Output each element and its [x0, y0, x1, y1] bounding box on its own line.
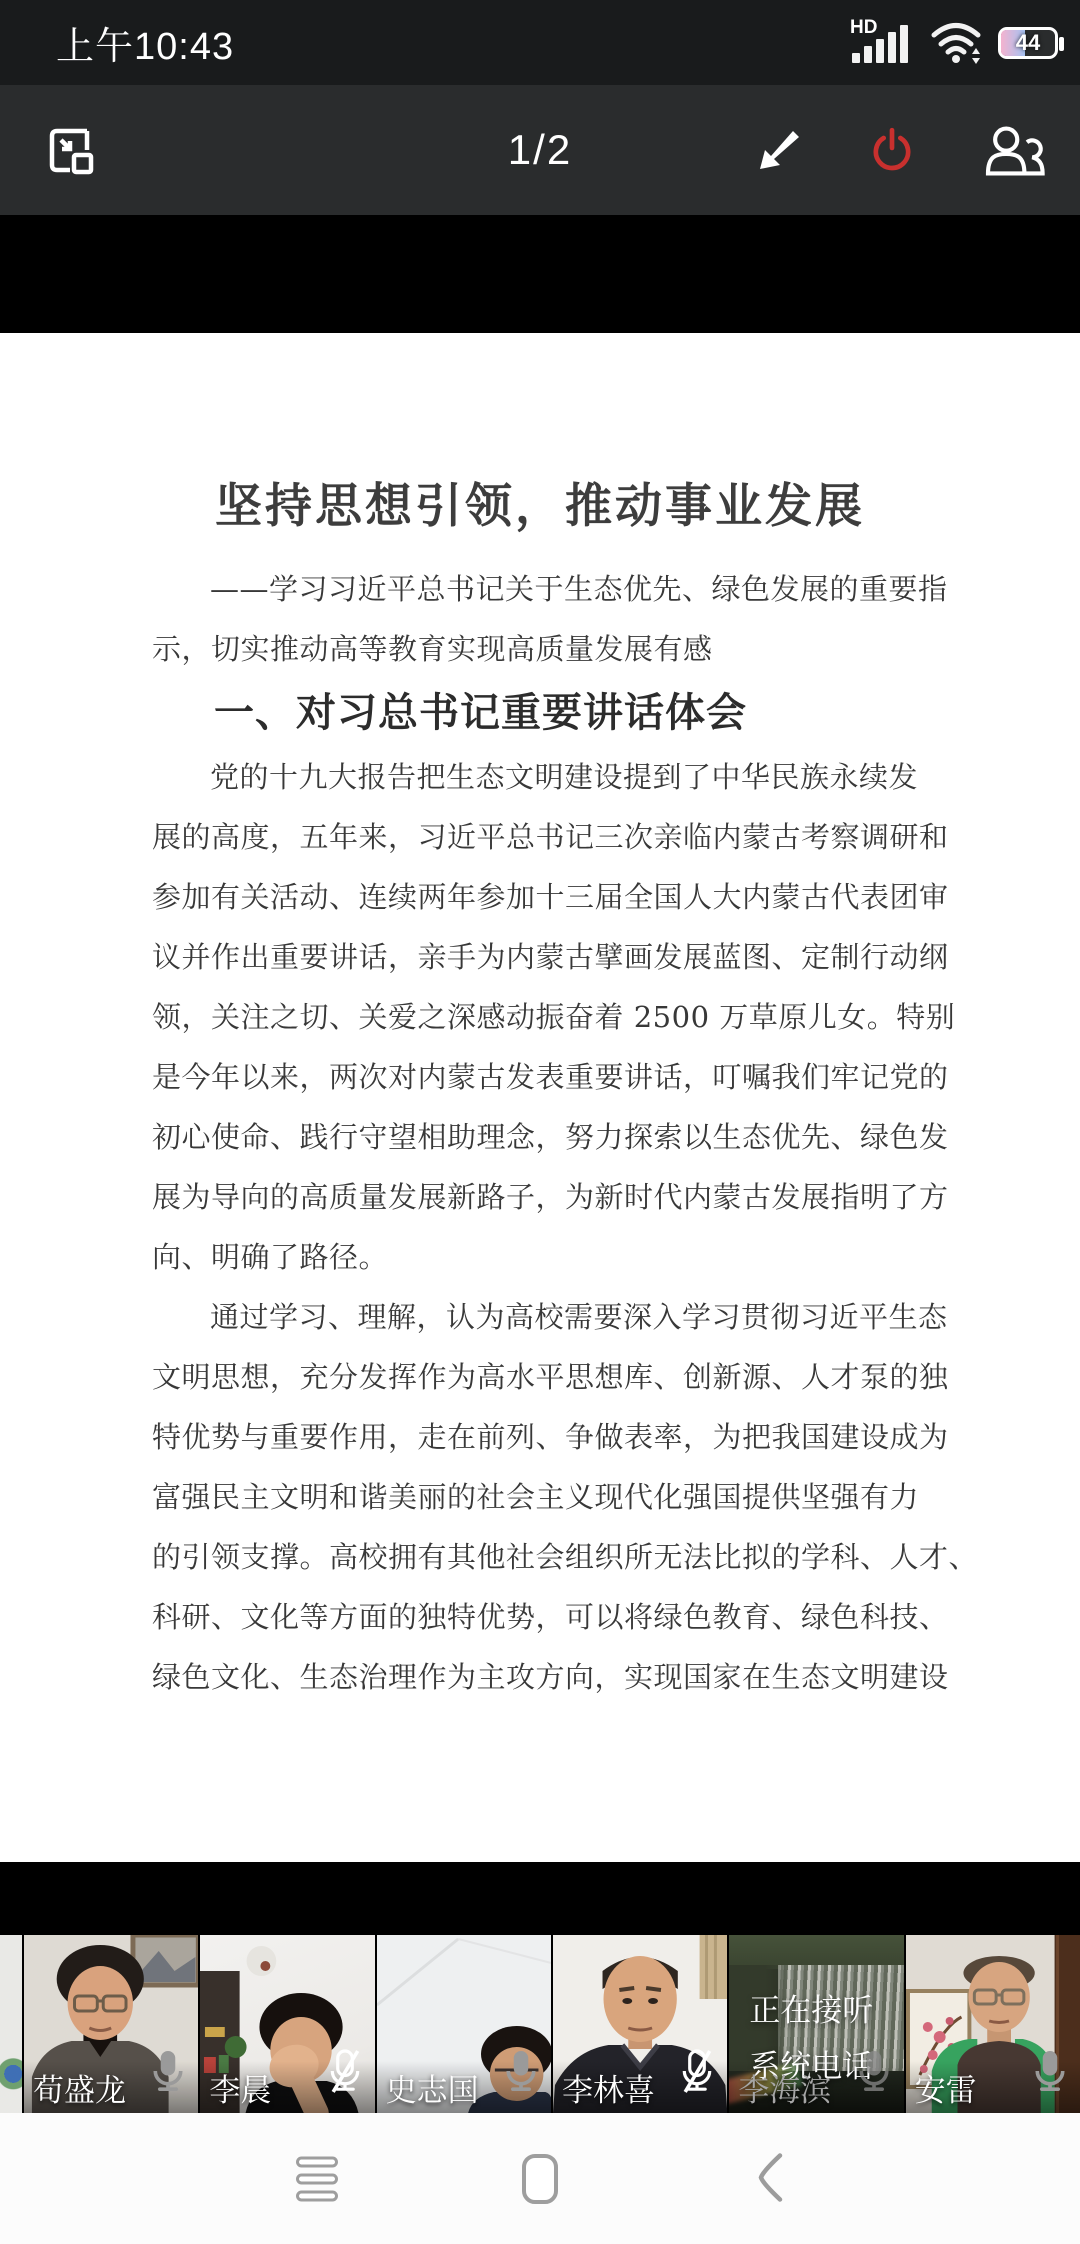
letterbox-bottom [0, 1862, 1080, 1935]
participant-name: 李晨 [209, 2065, 271, 2110]
document-line: 展为导向的高质量发展新路子，为新时代内蒙古发展指明了方 [0, 1167, 1080, 1227]
document-line: 文明思想，充分发挥作为高水平思想库、创新源、人才泵的独 [0, 1347, 1080, 1407]
document-line: 科研、文化等方面的独特优势，可以将绿色教育、绿色科技、 [0, 1587, 1080, 1647]
home-button[interactable] [522, 2154, 558, 2204]
document-line: 向、明确了路径。 [0, 1227, 1080, 1287]
menu-icon [296, 2156, 338, 2167]
home-icon [522, 2154, 558, 2204]
status-icons: HD 44 [850, 19, 1058, 67]
participant-name: 李海滨 [738, 2065, 831, 2110]
mic-on-icon [854, 2049, 894, 2093]
hd-badge: HD [850, 17, 877, 39]
mic-on-icon [501, 2049, 541, 2093]
document-line: 领，关注之切、关爱之深感动振奋着 2500 万草原儿女。特别 [0, 987, 1080, 1047]
document-title: 坚持思想引领，推动事业发展 [0, 481, 1080, 533]
participant-name: 安雷 [915, 2065, 977, 2110]
call-status-line: 正在接听 [749, 1983, 873, 2039]
battery-icon: 44 [998, 27, 1058, 59]
mic-on-icon [1030, 2049, 1070, 2093]
participant-tile[interactable]: 史志国 [377, 1935, 551, 2113]
cellular-signal-icon: HD [850, 19, 914, 67]
document-line: 通过学习、理解，认为高校需要深入学习贯彻习近平生态 [0, 1287, 1080, 1347]
status-bar: 上午10:43 HD 44 [0, 0, 1080, 85]
wifi-icon [930, 20, 982, 66]
participant-name: 史志国 [386, 2065, 479, 2110]
document-line: 初心使命、践行守望相助理念，努力探索以生态优先、绿色发 [0, 1107, 1080, 1167]
document-line: 展的高度，五年来，习近平总书记三次亲临内蒙古考察调研和 [0, 807, 1080, 867]
participant-name: 李林喜 [562, 2065, 655, 2110]
document-line: ——学习习近平总书记关于生态优先、绿色发展的重要指 [0, 559, 1080, 619]
participant-tile-partial[interactable] [0, 1935, 22, 2113]
participant-video-strip: 荀盛龙 李晨 [0, 1935, 1080, 2113]
document-line: 是今年以来，两次对内蒙古发表重要讲话，叮嘱我们牢记党的 [0, 1047, 1080, 1107]
mic-muted-icon [677, 2049, 717, 2093]
participant-tile[interactable]: 安雷 [906, 1935, 1080, 2113]
document-line: 绿色文化、生态治理作为主攻方向，实现国家在生态文明建设 [0, 1647, 1080, 1707]
back-button[interactable] [755, 2151, 785, 2206]
section-heading: 一、对习总书记重要讲话体会 [0, 679, 1080, 747]
document-line: 党的十九大报告把生态文明建设提到了中华民族永续发 [0, 747, 1080, 807]
back-chevron-icon [755, 2151, 785, 2203]
participant-tile[interactable]: 李林喜 [553, 1935, 727, 2113]
shared-screen-document[interactable]: 坚持思想引领，推动事业发展 ——学习习近平总书记关于生态优先、绿色发展的重要指 … [0, 333, 1080, 1862]
participant-tile[interactable]: 正在接听 系统电话 李海滨 [729, 1935, 903, 2113]
document-line: 特优势与重要作用，走在前列、争做表率，为把我国建设成为 [0, 1407, 1080, 1467]
mic-on-icon [148, 2049, 188, 2093]
mic-muted-icon [325, 2049, 365, 2093]
clock: 上午10:43 [56, 15, 234, 70]
participant-tile[interactable]: 李晨 [200, 1935, 374, 2113]
document-line: 富强民主文明和谐美丽的社会主义现代化强国提供坚强有力 [0, 1467, 1080, 1527]
battery-percent: 44 [1001, 30, 1055, 56]
system-navbar [0, 2113, 1080, 2244]
document-line: 示，切实推动高等教育实现高质量发展有感 [0, 619, 1080, 679]
recents-menu-button[interactable] [296, 2150, 338, 2207]
document-line: 参加有关活动、连续两年参加十三届全国人大内蒙古代表团审 [0, 867, 1080, 927]
document-line: 的引领支撑。高校拥有其他社会组织所无法比拟的学科、人才、 [0, 1527, 1080, 1587]
page-indicator: 1/2 [0, 126, 1080, 174]
participant-tile[interactable]: 荀盛龙 [24, 1935, 198, 2113]
document-line: 议并作出重要讲话，亲手为内蒙古擘画发展蓝图、定制行动纲 [0, 927, 1080, 987]
letterbox-top [0, 215, 1080, 333]
participant-video [729, 1935, 903, 1969]
meeting-toolbar: 1/2 [0, 85, 1080, 215]
participant-name: 荀盛龙 [33, 2065, 126, 2110]
